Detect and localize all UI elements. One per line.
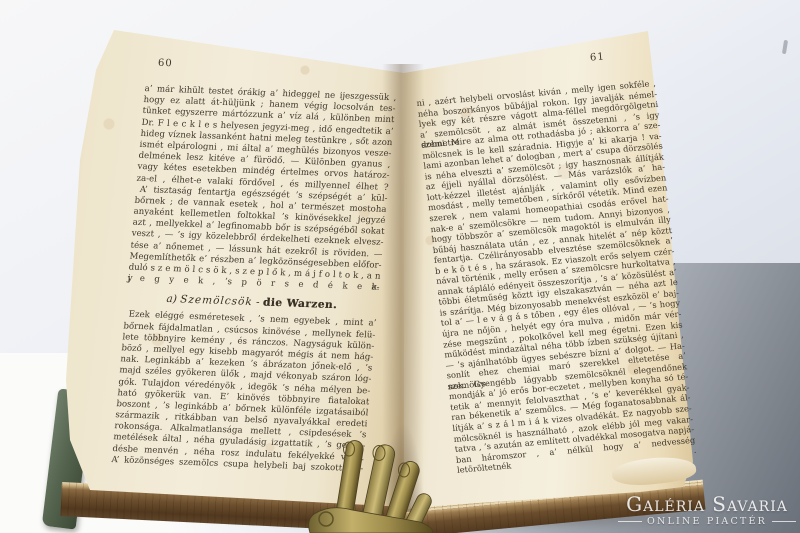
left-page-text: a’ már kihült testet órákig a’ hideggel … — [111, 84, 397, 475]
brass-hand-icon — [300, 418, 456, 533]
watermark-brand: Galéria Savaria — [616, 494, 798, 515]
watermark-tagline-row: ONLINE PIACTÉR — [616, 516, 798, 527]
section-heading-part: Szemölcsök — [180, 294, 254, 309]
right-page-text: ni , azért helybeli orvoslást kiván , me… — [416, 78, 696, 465]
background-mark — [782, 40, 788, 54]
section-heading-part: die Warzen. — [262, 297, 337, 312]
right-page-number: 61 — [590, 51, 606, 63]
watermark-tagline: ONLINE PIACTÉR — [647, 516, 767, 527]
watermark-dash-left — [618, 521, 642, 522]
watermark-dash-right — [772, 521, 796, 522]
product-photo: 60 61 a’ már kihült testet órákig a’ hid… — [0, 0, 800, 533]
brass-hand-figure — [300, 418, 456, 533]
left-page-number: 60 — [158, 58, 173, 70]
watermark: Galéria Savaria ONLINE PIACTÉR — [616, 494, 798, 527]
